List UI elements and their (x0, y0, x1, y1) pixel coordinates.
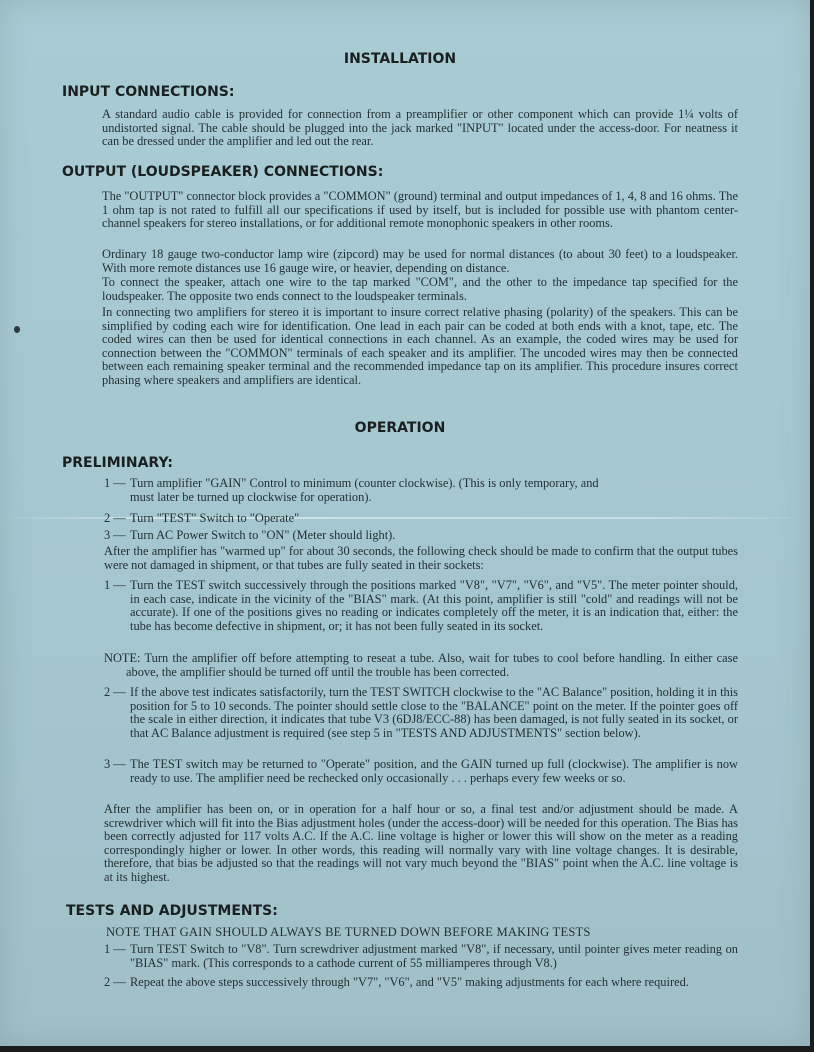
check-step-3: 3 — The TEST switch may be returned to "… (104, 758, 738, 785)
step-number: 3 — (104, 529, 126, 543)
preliminary-step-1: 1 — Turn amplifier "GAIN" Control to min… (104, 477, 624, 504)
step-text: Turn "TEST" Switch to "Operate" (130, 512, 624, 526)
operation-title: OPERATION (0, 420, 800, 436)
after-warmup-paragraph: After the amplifier has "warmed up" for … (104, 545, 738, 572)
document-page: INSTALLATION INPUT CONNECTIONS: A standa… (0, 0, 810, 1046)
preliminary-step-2: 2 — Turn "TEST" Switch to "Operate" (104, 512, 624, 526)
bias-adjustment-paragraph: After the amplifier has been on, or in o… (104, 803, 738, 885)
step-number: 2 — (104, 976, 126, 990)
step-text: The TEST switch may be returned to "Oper… (130, 758, 738, 785)
check-step-2: 2 — If the above test indicates satisfac… (104, 686, 738, 740)
step-number: 3 — (104, 758, 126, 772)
check-step-1: 1 — Turn the TEST switch successively th… (104, 579, 738, 633)
step-number: 1 — (104, 943, 126, 957)
tests-step-2: 2 — Repeat the above steps successively … (104, 976, 744, 990)
step-text: Turn amplifier "GAIN" Control to minimum… (130, 477, 624, 504)
output-paragraph-wire-gauge: Ordinary 18 gauge two-conductor lamp wir… (102, 248, 738, 275)
step-number: 2 — (104, 686, 126, 700)
scan-background-edge (0, 1046, 814, 1052)
step-text: Turn AC Power Switch to "ON" (Meter shou… (130, 529, 624, 543)
output-paragraph-impedances: The "OUTPUT" connector block provides a … (102, 190, 738, 231)
installation-title: INSTALLATION (0, 51, 800, 67)
input-connections-heading: INPUT CONNECTIONS: (62, 84, 234, 100)
step-text: Turn the TEST switch successively throug… (130, 579, 738, 633)
preliminary-heading: PRELIMINARY: (62, 455, 173, 471)
step-number: 1 — (104, 579, 126, 593)
punch-hole-mark (14, 326, 20, 333)
step-number: 2 — (104, 512, 126, 526)
reseat-tube-note: NOTE: Turn the amplifier off before atte… (104, 652, 738, 679)
input-connections-paragraph: A standard audio cable is provided for c… (102, 108, 738, 149)
output-paragraph-connect-speaker: To connect the speaker, attach one wire … (102, 276, 738, 303)
step-text: Turn TEST Switch to "V8". Turn screwdriv… (130, 943, 738, 970)
tests-step-1: 1 — Turn TEST Switch to "V8". Turn screw… (104, 943, 738, 970)
step-number: 1 — (104, 477, 126, 491)
output-connections-heading: OUTPUT (LOUDSPEAKER) CONNECTIONS: (62, 164, 383, 180)
preliminary-step-3: 3 — Turn AC Power Switch to "ON" (Meter … (104, 529, 624, 543)
step-text: Repeat the above steps successively thro… (130, 976, 744, 990)
tests-adjustments-heading: TESTS AND ADJUSTMENTS: (66, 903, 278, 919)
step-text: If the above test indicates satisfactori… (130, 686, 738, 740)
output-paragraph-phasing: In connecting two amplifiers for stereo … (102, 306, 738, 388)
gain-warning-note: NOTE THAT GAIN SHOULD ALWAYS BE TURNED D… (106, 925, 591, 940)
